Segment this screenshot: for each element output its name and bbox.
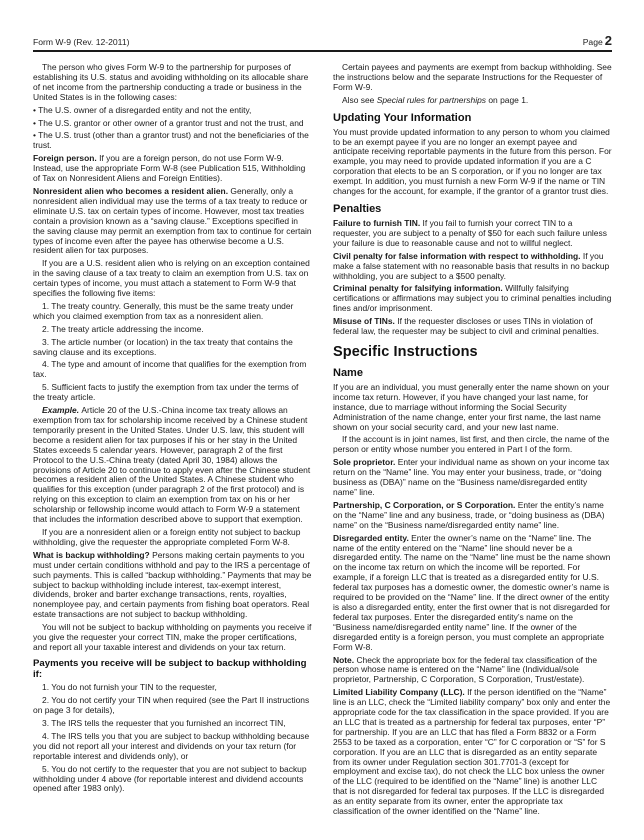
paragraph: If you are an individual, you must gener… <box>333 383 612 433</box>
paragraph: You will not be subject to backup withho… <box>33 623 312 653</box>
page-header: Form W-9 (Rev. 12-2011) Page 2 <box>33 34 612 52</box>
left-column: The person who gives Form W-9 to the par… <box>33 60 312 817</box>
paragraph: Misuse of TINs. If the requester disclos… <box>333 317 612 337</box>
form-revision-label: Form W-9 (Rev. 12-2011) <box>33 37 129 47</box>
paragraph: 3. The article number (or location) in t… <box>33 338 312 358</box>
paragraph: Foreign person. If you are a foreign per… <box>33 154 312 184</box>
paragraph: Nonresident alien who becomes a resident… <box>33 187 312 256</box>
paragraph: • The U.S. grantor or other owner of a g… <box>33 119 312 129</box>
paragraph: Also see Special rules for partnerships​… <box>333 96 612 106</box>
paragraph: Certain payees and payments are exempt f… <box>333 63 612 93</box>
page-label: Page <box>583 37 603 47</box>
paragraph: Civil penalty for false information with… <box>333 252 612 282</box>
section-heading: Penalties <box>333 203 612 216</box>
paragraph: What is backup withholding? Persons maki… <box>33 551 312 620</box>
paragraph: 4. The type and amount of income that qu… <box>33 360 312 380</box>
paragraph: Sole proprietor. Enter your individual n… <box>333 458 612 498</box>
paragraph: If the account is in joint names, list f… <box>333 435 612 455</box>
paragraph: Note. Check the appropriate box for the … <box>333 656 612 686</box>
sub-heading: Payments you receive will be subject to … <box>33 658 312 680</box>
right-column: Certain payees and payments are exempt f… <box>333 60 612 817</box>
paragraph: 1. The treaty country. Generally, this m… <box>33 302 312 322</box>
paragraph: Disregarded entity. Enter the owner’s na… <box>333 534 612 653</box>
paragraph: The person who gives Form W-9 to the par… <box>33 63 312 103</box>
page-number-group: Page 2 <box>583 34 612 47</box>
paragraph: Failure to furnish TIN. If you fail to f… <box>333 219 612 249</box>
paragraph: 2. You do not certify your TIN when requ… <box>33 696 312 716</box>
document-page: Form W-9 (Rev. 12-2011) Page 2 The perso… <box>0 0 644 840</box>
main-heading: Specific Instructions <box>333 344 612 361</box>
paragraph: If you are a nonresident alien or a fore… <box>33 528 312 548</box>
paragraph: 3. The IRS tells the requester that you … <box>33 719 312 729</box>
paragraph: If you are a U.S. resident alien who is … <box>33 259 312 299</box>
paragraph: Example. Article 20 of the U.S.-China in… <box>33 406 312 525</box>
two-column-body: The person who gives Form W-9 to the par… <box>33 60 612 817</box>
paragraph: Criminal penalty for falsifying informat… <box>333 284 612 314</box>
paragraph: • The U.S. owner of a disregarded entity… <box>33 106 312 116</box>
paragraph: Limited Liability Company (LLC). If the … <box>333 688 612 817</box>
page-number: 2 <box>605 34 612 47</box>
paragraph: 1. You do not furnish your TIN to the re… <box>33 683 312 693</box>
paragraph: 4. The IRS tells you that you are subjec… <box>33 732 312 762</box>
paragraph: 2. The treaty article addressing the inc… <box>33 325 312 335</box>
paragraph: 5. You do not certify to the requester t… <box>33 765 312 795</box>
section-heading: Updating Your Information <box>333 112 612 125</box>
section-heading: Name <box>333 367 612 380</box>
paragraph: • The U.S. trust (other than a grantor t… <box>33 131 312 151</box>
paragraph: Partnership, C Corporation, or S Corpora… <box>333 501 612 531</box>
paragraph: 5. Sufficient facts to justify the exemp… <box>33 383 312 403</box>
paragraph: You must provide updated information to … <box>333 128 612 197</box>
